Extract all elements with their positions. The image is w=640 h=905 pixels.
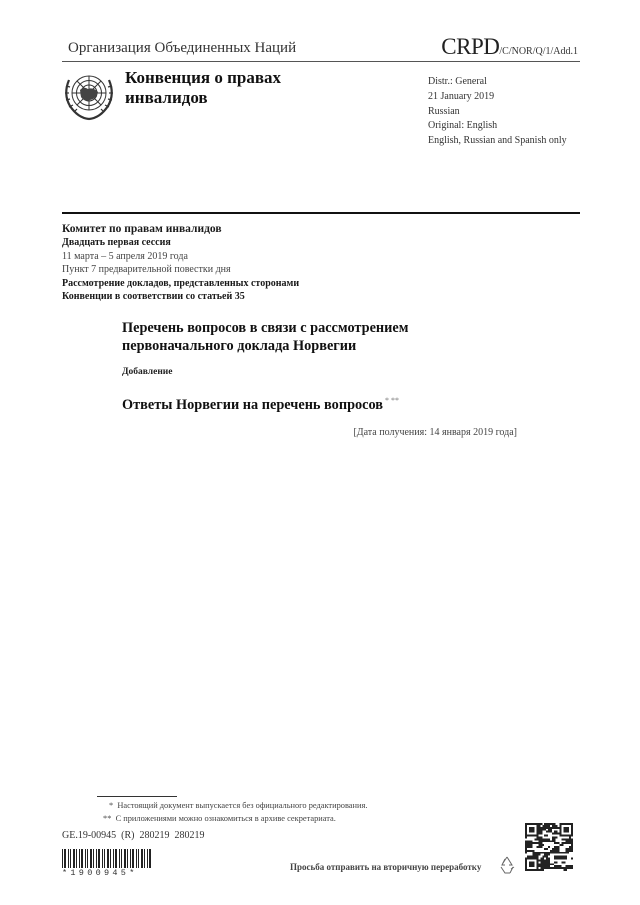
- un-emblem-icon: [60, 66, 118, 124]
- convention-title: Конвенция о правах инвалидов: [125, 68, 281, 108]
- document-symbol: CRPD/C/NOR/Q/1/Add.1: [441, 34, 578, 60]
- footnote-text: С приложениями можно ознакомиться в архи…: [116, 814, 336, 823]
- agenda-title-line2: Конвенции в соответствии со статьей 35: [62, 290, 299, 304]
- barcode-icon: [62, 849, 152, 868]
- document-title-line2: первоначального доклада Норвегии: [122, 337, 408, 355]
- symbol-suffix: /C/NOR/Q/1/Add.1: [499, 46, 578, 57]
- date-received: [Дата получения: 14 января 2019 года]: [353, 427, 517, 438]
- organization-name: Организация Объединенных Наций: [68, 40, 296, 57]
- document-title-line1: Перечень вопросов в связи с рассмотрение…: [122, 319, 408, 337]
- section-rule: [62, 212, 580, 214]
- distr-languages-only: English, Russian and Spanish only: [428, 134, 567, 149]
- recycle-notice: Просьба отправить на вторичную переработ…: [290, 862, 481, 872]
- barcode-number: *1900945*: [62, 868, 138, 878]
- distr-status: Distr.: General: [428, 75, 567, 90]
- session-name: Двадцать первая сессия: [62, 236, 299, 250]
- addendum-label: Добавление: [122, 367, 173, 377]
- distr-original: Original: English: [428, 119, 567, 134]
- distribution-block: Distr.: General 21 January 2019 Russian …: [428, 75, 567, 149]
- footnote-text: Настоящий документ выпускается без офици…: [117, 801, 367, 810]
- session-dates: 11 марта – 5 апреля 2019 года: [62, 250, 299, 264]
- convention-title-line2: инвалидов: [125, 88, 281, 108]
- footnote-rule: [97, 796, 177, 797]
- distr-language: Russian: [428, 105, 567, 120]
- header-rule: [62, 61, 580, 62]
- footnote-mark: **: [103, 814, 111, 823]
- symbol-main: CRPD: [441, 34, 499, 59]
- job-number: GE.19-00945 (R) 280219 280219: [62, 830, 205, 841]
- footnote-mark: *: [109, 801, 113, 810]
- convention-title-line1: Конвенция о правах: [125, 68, 281, 88]
- footnote-marks[interactable]: * **: [385, 396, 399, 405]
- response-title: Ответы Норвегии на перечень вопросов* **: [122, 396, 399, 414]
- footnote-2: ** С приложениями можно ознакомиться в а…: [103, 814, 336, 823]
- committee-name: Комитет по правам инвалидов: [62, 222, 299, 236]
- response-title-text: Ответы Норвегии на перечень вопросов: [122, 397, 383, 413]
- document-title: Перечень вопросов в связи с рассмотрение…: [122, 319, 408, 355]
- agenda-item: Пункт 7 предварительной повестки дня: [62, 263, 299, 277]
- agenda-title-line1: Рассмотрение докладов, представленных ст…: [62, 277, 299, 291]
- committee-block: Комитет по правам инвалидов Двадцать пер…: [62, 222, 299, 304]
- footnote-1: * Настоящий документ выпускается без офи…: [109, 801, 367, 810]
- qr-code-icon: [525, 823, 573, 871]
- distr-date: 21 January 2019: [428, 90, 567, 105]
- recycle-icon: [497, 854, 517, 876]
